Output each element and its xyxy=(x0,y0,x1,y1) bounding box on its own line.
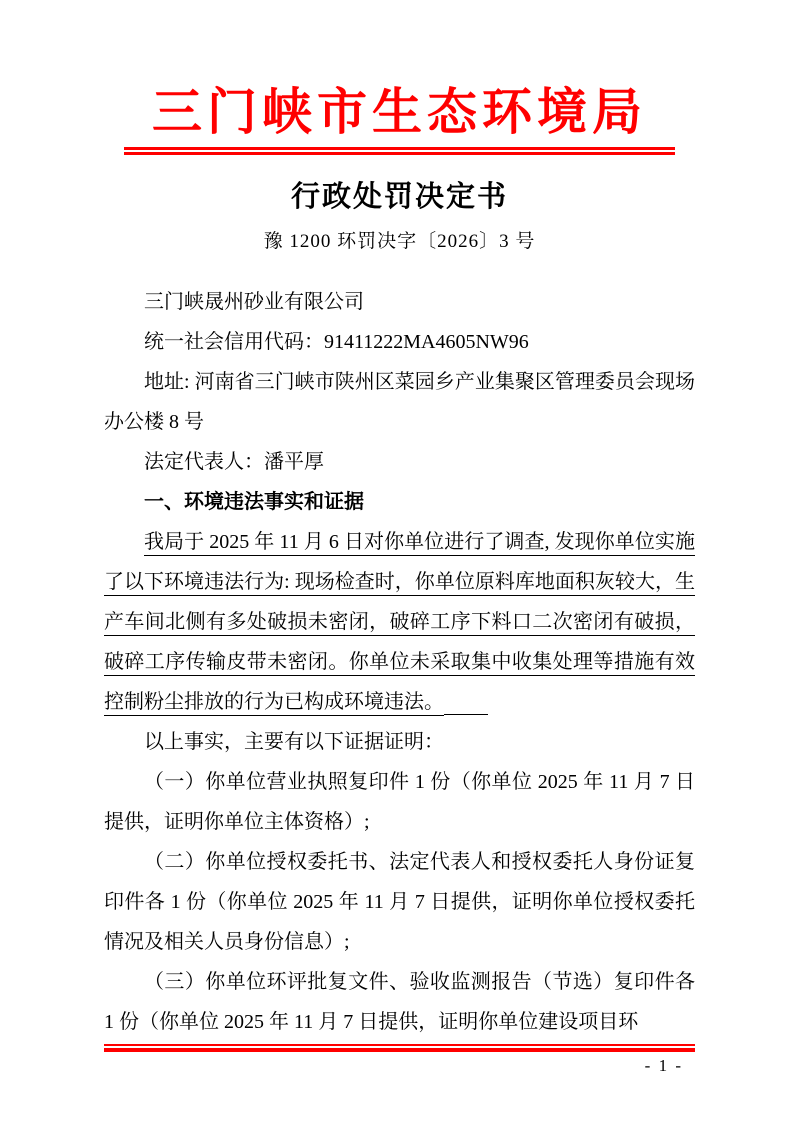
evidence-intro: 以上事实，主要有以下证据证明： xyxy=(104,722,695,762)
footer-double-rule xyxy=(104,1044,695,1052)
address: 地址: 河南省三门峡市陕州区菜园乡产业集聚区管理委员会现场办公楼 8 号 xyxy=(104,362,695,442)
violation-facts-text: 我局于 2025 年 11 月 6 日对你单位进行了调查, 发现你单位实施了以下… xyxy=(104,531,695,713)
document-page: 三门峡市生态环境局 行政处罚决定书 豫 1200 环罚决字〔2026〕3 号 三… xyxy=(0,0,793,1122)
violation-facts-paragraph: 我局于 2025 年 11 月 6 日对你单位进行了调查, 发现你单位实施了以下… xyxy=(104,522,695,722)
document-title: 行政处罚决定书 xyxy=(104,177,695,217)
section-heading-facts-and-evidence: 一、环境违法事实和证据 xyxy=(104,482,695,522)
credit-code: 统一社会信用代码：91411222MA4605NW96 xyxy=(104,322,695,362)
evidence-item-1: （一）你单位营业执照复印件 1 份（你单位 2025 年 11 月 7 日提供，… xyxy=(104,762,695,842)
letterhead-agency-title: 三门峡市生态环境局 xyxy=(104,80,695,145)
document-body: 三门峡晟州砂业有限公司 统一社会信用代码：91411222MA4605NW96 … xyxy=(104,282,695,1042)
page-content: 三门峡市生态环境局 行政处罚决定书 豫 1200 环罚决字〔2026〕3 号 三… xyxy=(0,80,793,1042)
underline-extension xyxy=(444,714,488,715)
evidence-item-2: （二）你单位授权委托书、法定代表人和授权委托人身份证复印件各 1 份（你单位 2… xyxy=(104,842,695,962)
letterhead-double-rule xyxy=(124,147,675,155)
page-number: - 1 - xyxy=(645,1056,683,1076)
evidence-item-3: （三）你单位环评批复文件、验收监测报告（节选）复印件各 1 份（你单位 2025… xyxy=(104,962,695,1042)
legal-representative: 法定代表人：潘平厚 xyxy=(104,442,695,482)
document-number: 豫 1200 环罚决字〔2026〕3 号 xyxy=(104,229,695,255)
recipient-name: 三门峡晟州砂业有限公司 xyxy=(104,282,695,322)
